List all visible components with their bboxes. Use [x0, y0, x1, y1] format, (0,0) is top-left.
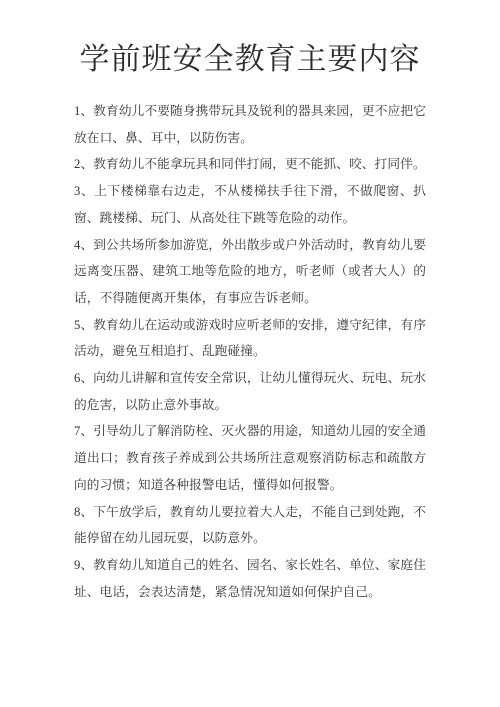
page-title: 学前班安全教育主要内容 [0, 0, 500, 80]
list-item: 1、教育幼儿不要随身携带玩具及锐利的器具来园，更不应把它放在口、鼻、耳中，以防伤… [74, 98, 426, 151]
document-page: 学前班安全教育主要内容 1、教育幼儿不要随身携带玩具及锐利的器具来园，更不应把它… [0, 0, 500, 707]
list-item: 7、引导幼儿了解消防栓、灭火器的用途，知道幼儿园的安全通道出口；教育孩子养成到公… [74, 418, 426, 498]
list-item: 6、向幼儿讲解和宣传安全常识，让幼儿懂得玩火、玩电、玩水的危害，以防止意外事故。 [74, 365, 426, 418]
list-item: 2、教育幼儿不能拿玩具和同伴打闹，更不能抓、咬、打同伴。 [74, 151, 426, 178]
list-item: 3、上下楼梯靠右边走，不从楼梯扶手往下滑，不做爬窗、扒窗、跳楼梯、玩门、从高处往… [74, 178, 426, 231]
list-item: 9、教育幼儿知道自己的姓名、园名、家长姓名、单位、家庭住址、电话，会表达清楚，紧… [74, 552, 426, 605]
list-item: 8、下午放学后，教育幼儿要拉着大人走，不能自己到处跑，不能停留在幼儿园玩耍，以防… [74, 499, 426, 552]
document-body: 1、教育幼儿不要随身携带玩具及锐利的器具来园，更不应把它放在口、鼻、耳中，以防伤… [74, 98, 426, 605]
list-item: 5、教育幼儿在运动或游戏时应听老师的安排，遵守纪律，有序活动，避免互相追打、乱跑… [74, 312, 426, 365]
list-item: 4、到公共场所参加游览，外出散步或户外活动时，教育幼儿要远离变压器、建筑工地等危… [74, 232, 426, 312]
